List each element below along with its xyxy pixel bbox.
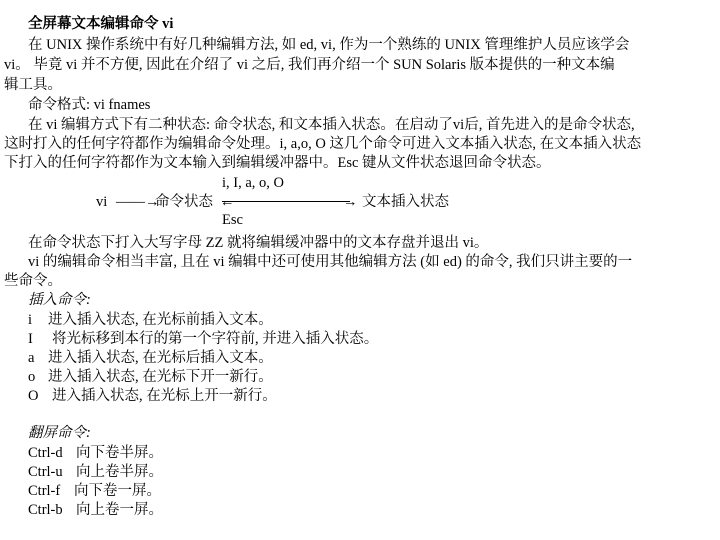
command-desc: 进入插入状态, 在光标下开一新行。 bbox=[48, 369, 273, 385]
command-key: o bbox=[28, 368, 48, 386]
command-key: Ctrl-u bbox=[28, 463, 76, 481]
rich-paragraph-line: vi 的编辑命令相当丰富, 且在 vi 编辑中还可使用其他编辑方法 (如 ed)… bbox=[28, 253, 632, 271]
rich-paragraph-line: 些命令。 bbox=[4, 272, 62, 290]
command-key: i bbox=[28, 311, 48, 329]
insert-commands-heading: 插入命令: bbox=[28, 291, 91, 309]
intro-paragraph-line: 辑工具。 bbox=[4, 76, 62, 94]
diagram-arrow-bidirectional bbox=[222, 201, 350, 202]
scroll-command-item: Ctrl-d向下卷半屏。 bbox=[28, 444, 163, 462]
command-desc: 向上卷半屏。 bbox=[76, 464, 163, 480]
diagram-arrow-right: ——→ bbox=[116, 193, 160, 211]
diagram-state-command: 命令状态 bbox=[155, 193, 213, 211]
intro-paragraph-line: 在 UNIX 操作系统中有好几种编辑方法, 如 ed, vi, 作为一个熟练的 … bbox=[28, 36, 629, 54]
page-title: 全屏幕文本编辑命令 vi bbox=[28, 15, 173, 33]
command-key: O bbox=[28, 387, 52, 405]
command-key: I bbox=[28, 330, 52, 348]
command-desc: 向上卷一屏。 bbox=[76, 502, 163, 518]
scroll-command-item: Ctrl-b向上卷一屏。 bbox=[28, 501, 163, 519]
diagram-state-insert: 文本插入状态 bbox=[362, 193, 449, 211]
insert-command-item: a进入插入状态, 在光标后插入文本。 bbox=[28, 349, 273, 367]
scroll-command-item: Ctrl-f向下卷一屏。 bbox=[28, 482, 161, 500]
command-desc: 进入插入状态, 在光标前插入文本。 bbox=[48, 312, 273, 328]
command-desc: 向下卷半屏。 bbox=[76, 445, 163, 461]
zz-paragraph: 在命令状态下打入大写字母 ZZ 就将编辑缓冲器中的文本存盘并退出 vi。 bbox=[28, 234, 488, 252]
command-desc: 进入插入状态, 在光标上开一新行。 bbox=[52, 388, 277, 404]
diagram-arrow-left-head: ← bbox=[220, 193, 235, 211]
diagram-bottom-label: Esc bbox=[222, 211, 243, 229]
states-paragraph-line: 下打入的任何字符都作为文本输入到编辑缓冲器中。Esc 键从文件状态退回命令状态。 bbox=[4, 154, 551, 172]
scroll-commands-heading: 翻屏命令: bbox=[28, 424, 91, 442]
insert-command-item: O进入插入状态, 在光标上开一新行。 bbox=[28, 387, 277, 405]
diagram-arrow-right-head: → bbox=[343, 193, 358, 211]
insert-command-item: i进入插入状态, 在光标前插入文本。 bbox=[28, 311, 273, 329]
command-desc: 将光标移到本行的第一个字符前, 并进入插入状态。 bbox=[52, 331, 378, 347]
insert-command-item: I将光标移到本行的第一个字符前, 并进入插入状态。 bbox=[28, 330, 378, 348]
command-format: 命令格式: vi fnames bbox=[28, 96, 150, 114]
states-paragraph-line: 在 vi 编辑方式下有二种状态: 命令状态, 和文本插入状态。在启动了vi后, … bbox=[28, 116, 635, 134]
command-key: Ctrl-f bbox=[28, 482, 74, 500]
insert-command-item: o进入插入状态, 在光标下开一新行。 bbox=[28, 368, 273, 386]
diagram-top-label: i, I, a, o, O bbox=[222, 174, 284, 192]
diagram-start: vi bbox=[96, 193, 107, 211]
command-key: Ctrl-d bbox=[28, 444, 76, 462]
command-desc: 进入插入状态, 在光标后插入文本。 bbox=[48, 350, 273, 366]
states-paragraph-line: 这时打入的任何字符都作为编辑命令处理。i, a,o, O 这几个命令可进入文本插… bbox=[4, 135, 641, 153]
command-key: Ctrl-b bbox=[28, 501, 76, 519]
command-key: a bbox=[28, 349, 48, 367]
intro-paragraph-line: vi。 毕竟 vi 并不方便, 因此在介绍了 vi 之后, 我们再介绍一个 SU… bbox=[4, 56, 615, 74]
command-desc: 向下卷一屏。 bbox=[74, 483, 161, 499]
scroll-command-item: Ctrl-u向上卷半屏。 bbox=[28, 463, 163, 481]
